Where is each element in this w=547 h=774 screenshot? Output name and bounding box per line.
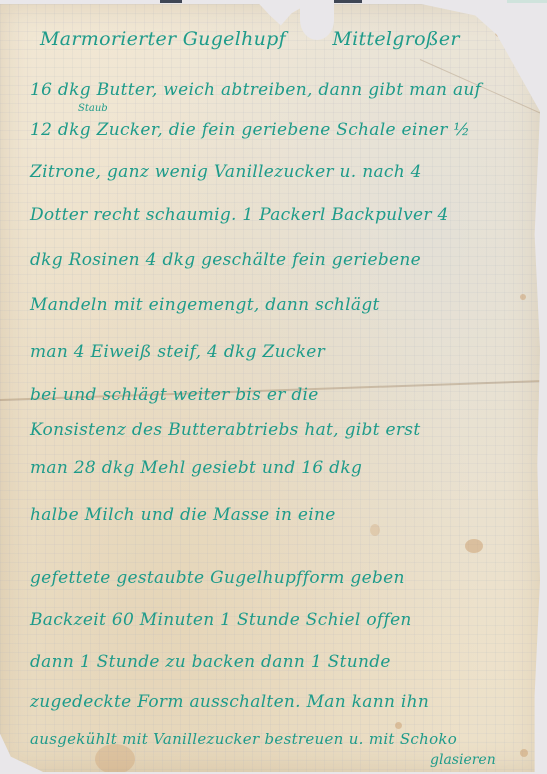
recipe-line: ausgekühlt mit Vanillezucker bestreuen u… [30,730,457,748]
inserted-word: Staub [78,103,108,114]
recipe-line: zugedeckte Form ausschalten. Man kann ih… [30,692,429,712]
recipe-size-note: Mittelgroßer [332,28,459,50]
recipe-line: Backzeit 60 Minuten 1 Stunde Schiel offe… [30,610,412,630]
paper-stain [520,749,528,757]
recipe-line: gefettete gestaubte Gugelhupfform geben [30,568,405,588]
paper-stain [495,29,503,37]
recipe-closing-word: glasieren [430,752,496,768]
paper-stain [395,722,402,729]
paper-stain [465,539,483,553]
recipe-line: dkg Rosinen 4 dkg geschälte fein geriebe… [30,250,421,270]
recipe-line: 12 dkg Zucker, die fein geriebene Schale… [30,120,470,140]
recipe-line: Mandeln mit eingemengt, dann schlägt [30,295,380,315]
paper-stain [370,524,380,536]
recipe-line: halbe Milch und die Masse in eine [30,505,336,525]
recipe-line: 16 dkg Butter, weich abtreiben, dann gib… [30,80,481,100]
paper-stain [95,744,135,774]
recipe-line: man 28 dkg Mehl gesiebt und 16 dkg [30,458,362,478]
recipe-line: Konsistenz des Butterabtriebs hat, gibt … [30,420,420,440]
recipe-title: Marmorierter Gugelhupf Mittelgroßer [40,28,460,50]
recipe-title-text: Marmorierter Gugelhupf [40,28,286,50]
recipe-line: Dotter recht schaumig. 1 Packerl Backpul… [30,205,449,225]
paper-stain [520,294,526,300]
scan-edge-dark-strip [160,0,182,3]
recipe-line: Zitrone, ganz wenig Vanillezucker u. nac… [30,162,422,182]
recipe-line: bei und schlägt weiter bis er die [30,385,319,405]
recipe-line: dann 1 Stunde zu backen dann 1 Stunde [30,652,391,672]
scan-edge-teal-strip [507,0,547,3]
recipe-line: man 4 Eiweiß steif, 4 dkg Zucker [30,342,325,362]
